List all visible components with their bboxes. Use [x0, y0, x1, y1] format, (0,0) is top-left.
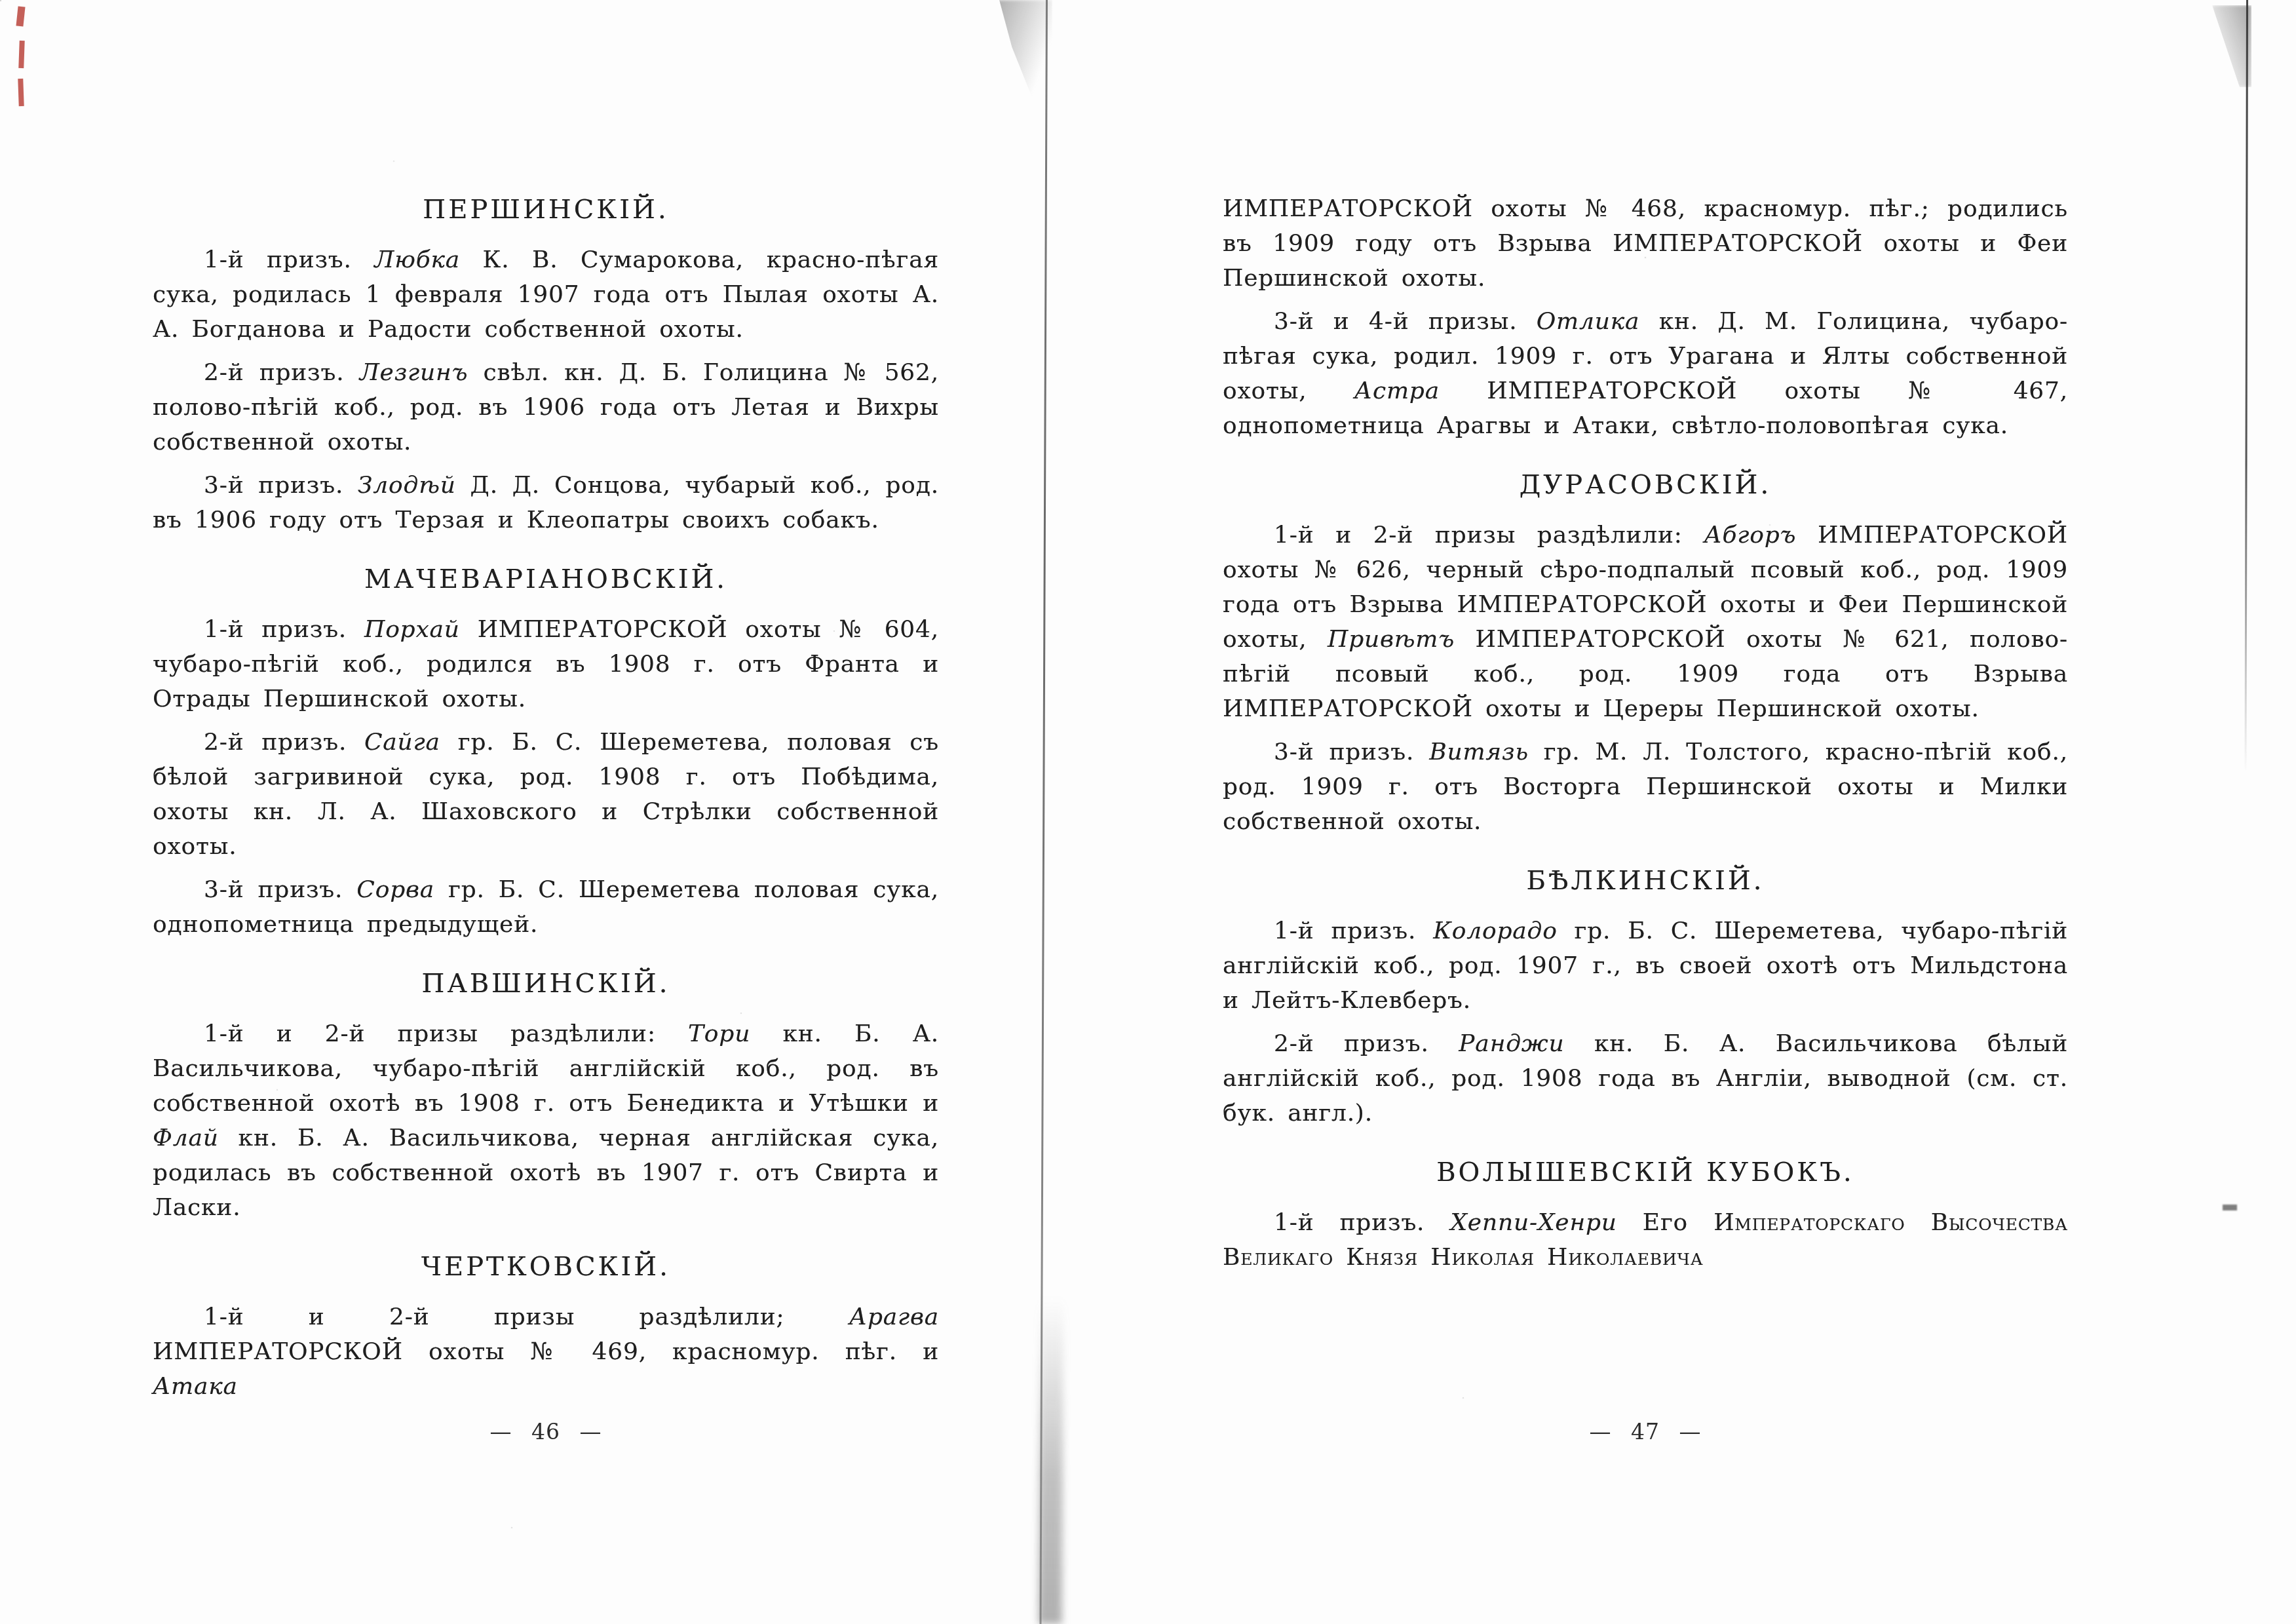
dog-name: Тори	[688, 1020, 750, 1047]
red-edge-mark	[18, 41, 24, 68]
gutter-fuzz-bottom	[1039, 1298, 1064, 1624]
dog-name: Лезгинъ	[360, 359, 469, 386]
dog-name: Колорадо	[1433, 918, 1558, 944]
section-heading: ПЕРШИНСКІЙ.	[153, 191, 939, 228]
page-left-text: ПЕРШИНСКІЙ.1-й призъ. Любка К. В. Сумаро…	[153, 0, 939, 1404]
page-number-right: — 47 —	[1223, 1419, 2068, 1444]
dog-name: Порхай	[364, 616, 460, 643]
paragraph: 2-й призъ. Ранджи кн. Б. А. Васильчикова…	[1223, 1026, 2068, 1131]
paragraph: 1-й призъ. Хеппи-Хенри Его Императорскаг…	[1223, 1205, 2068, 1275]
page-number-left: — 46 —	[153, 1419, 939, 1444]
dog-name: Атака	[153, 1373, 238, 1400]
page-left: ПЕРШИНСКІЙ.1-й призъ. Любка К. В. Сумаро…	[153, 0, 939, 1624]
text-run: 1-й призъ.	[204, 246, 374, 273]
paragraph: 3-й призъ. Витязь гр. М. Л. Толстого, кр…	[1223, 735, 2068, 839]
dust-specks	[0, 0, 1, 1]
paragraph: 1-й и 2-й призы раздѣлили: Абгоръ ИМПЕРА…	[1223, 518, 2068, 726]
dog-name: Привѣтъ	[1328, 626, 1455, 653]
dog-name: Сорва	[356, 876, 434, 903]
section-heading: ЧЕРТКОВСКІЙ.	[153, 1248, 939, 1285]
paragraph: 1-й призъ. Любка К. В. Сумарокова, красн…	[153, 242, 939, 347]
dog-name: Флай	[153, 1125, 219, 1151]
paragraph: 3-й и 4-й призы. Отлика кн. Д. М. Голици…	[1223, 304, 2068, 443]
dog-name: Сайга	[364, 729, 440, 756]
paragraph: 3-й призъ. Злодѣй Д. Д. Сонцова, чубарый…	[153, 468, 939, 537]
section-heading: ДУРАСОВСКІЙ.	[1223, 467, 2068, 503]
text-run: 3-й призъ.	[1274, 739, 1429, 765]
text-run: ИМПЕРАТОРСКОЙ охоты № 469, красномур. пѣ…	[153, 1338, 939, 1365]
dog-name: Арагва	[849, 1304, 939, 1330]
text-run: Его	[1617, 1209, 1713, 1236]
dog-name: Ранджи	[1459, 1030, 1564, 1057]
paragraph: 2-й призъ. Лезгинъ свѣл. кн. Д. Б. Голиц…	[153, 355, 939, 459]
text-run: 1-й призъ.	[1274, 918, 1433, 944]
scanned-book-spread: ПЕРШИНСКІЙ.1-й призъ. Любка К. В. Сумаро…	[0, 0, 2296, 1624]
page-right-text: ИМПЕРАТОРСКОЙ охоты № 468, красномур. пѣ…	[1223, 0, 2068, 1275]
paragraph: ИМПЕРАТОРСКОЙ охоты № 468, красномур. пѣ…	[1223, 191, 2068, 296]
paragraph: 1-й призъ. Порхай ИМПЕРАТОРСКОЙ охоты № …	[153, 612, 939, 716]
text-run: 1-й и 2-й призы раздѣлили:	[204, 1020, 688, 1047]
text-run: кн. Б. А. Васильчикова, черная англійска…	[153, 1125, 939, 1221]
text-run: 3-й и 4-й призы.	[1274, 308, 1537, 335]
red-edge-mark	[18, 79, 24, 106]
dog-name: Витязь	[1429, 739, 1529, 765]
text-run: 2-й призъ.	[1274, 1030, 1459, 1057]
text-run: 3-й призъ.	[204, 472, 358, 499]
text-run: 1-й призъ.	[1274, 1209, 1450, 1236]
text-run: 2-й призъ.	[204, 729, 364, 756]
paragraph: 1-й и 2-й призы раздѣлили: Тори кн. Б. А…	[153, 1016, 939, 1225]
gutter-smudge-top	[995, 0, 1052, 105]
text-run: 2-й призъ.	[204, 359, 360, 386]
page-edge-line-right	[2245, 0, 2248, 773]
text-run: 3-й призъ.	[204, 876, 356, 903]
section-heading: ВОЛЫШЕВСКІЙ КУБОКЪ.	[1223, 1154, 2068, 1191]
text-run: 1-й и 2-й призы раздѣлили:	[1274, 522, 1704, 549]
section-heading: БѢЛКИНСКІЙ.	[1223, 862, 2068, 899]
page-right: ИМПЕРАТОРСКОЙ охоты № 468, красномур. пѣ…	[1223, 0, 2068, 1624]
edge-dash-right	[2223, 1205, 2237, 1210]
section-heading: ПАВШИНСКІЙ.	[153, 965, 939, 1002]
paragraph: 2-й призъ. Сайга гр. Б. С. Шереметева, п…	[153, 725, 939, 864]
paragraph: 1-й и 2-й призы раздѣлили; Арагва ИМПЕРА…	[153, 1300, 939, 1404]
text-run: 1-й призъ.	[204, 616, 364, 643]
dog-name: Злодѣй	[358, 472, 456, 499]
text-run: ИМПЕРАТОРСКОЙ охоты № 468, красномур. пѣ…	[1223, 195, 2068, 292]
paragraph: 1-й призъ. Колорадо гр. Б. С. Шереметева…	[1223, 914, 2068, 1018]
dog-name: Любка	[374, 246, 460, 273]
red-edge-mark	[16, 7, 25, 27]
dog-name: Хеппи-Хенри	[1450, 1209, 1617, 1236]
dog-name: Астра	[1354, 377, 1440, 404]
dog-name: Абгоръ	[1704, 522, 1796, 549]
text-run: 1-й и 2-й призы раздѣлили;	[204, 1304, 849, 1330]
paragraph: 3-й призъ. Сорва гр. Б. С. Шереметева по…	[153, 872, 939, 942]
section-heading: МАЧЕВАРІАНОВСКІЙ.	[153, 561, 939, 598]
dog-name: Отлика	[1537, 308, 1640, 335]
